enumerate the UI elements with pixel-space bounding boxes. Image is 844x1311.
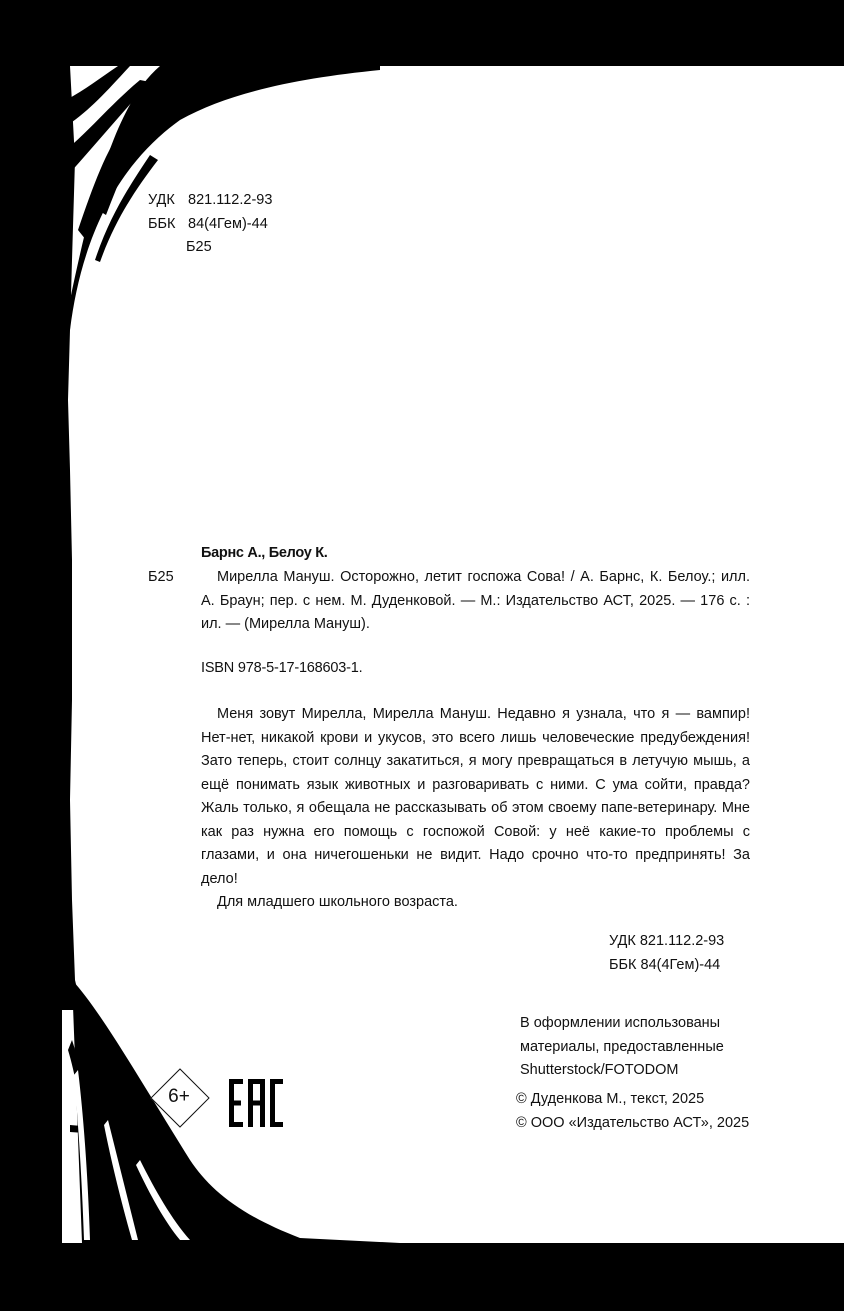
author-mark-top: Б25 — [148, 236, 272, 260]
classification-block-top: УДК 821.112.2-93 ББК 84(4Гем)-44 Б25 — [148, 189, 272, 260]
credits-line-1: В оформлении использованы — [520, 1012, 724, 1036]
eac-certification-icon — [229, 1079, 283, 1127]
bbk-bottom: ББК 84(4Гем)-44 — [609, 954, 724, 978]
udk-label: УДК — [148, 189, 184, 213]
copyright-block: © Дуденкова М., текст, 2025 © ООО «Издат… — [516, 1088, 749, 1135]
record-description-text: Мирелла Мануш. Осторожно, летит госпожа … — [201, 566, 750, 637]
annotation-text: Меня зовут Мирелла, Мирелла Мануш. Недав… — [201, 703, 750, 891]
age-rating-badge: 6+ — [148, 1066, 210, 1128]
audience-note: Для младшего школьного возраста. — [201, 891, 750, 915]
record-author-mark: Б25 — [148, 566, 174, 590]
record-authors: Барнс А., Белоу К. — [201, 542, 328, 566]
bbk-label: ББК — [148, 213, 184, 237]
credits-line-3: Shutterstock/FOTODOM — [520, 1059, 724, 1083]
age-rating-text: 6+ — [148, 1066, 210, 1128]
bbk-value: 84(4Гем)-44 — [188, 216, 268, 232]
copyright-text: © Дуденкова М., текст, 2025 — [516, 1088, 749, 1112]
udk-value: 821.112.2-93 — [188, 192, 272, 208]
classification-block-bottom: УДК 821.112.2-93 ББК 84(4Гем)-44 — [609, 930, 724, 977]
udk-bottom: УДК 821.112.2-93 — [609, 930, 724, 954]
record-description: Мирелла Мануш. Осторожно, летит госпожа … — [201, 566, 750, 637]
copyright-publisher: © ООО «Издательство АСТ», 2025 — [516, 1112, 749, 1136]
image-credits: В оформлении использованы материалы, пре… — [520, 1012, 724, 1083]
isbn: ISBN 978-5-17-168603-1. — [201, 657, 362, 681]
credits-line-2: материалы, предоставленные — [520, 1036, 724, 1060]
annotation: Меня зовут Мирелла, Мирелла Мануш. Недав… — [201, 703, 750, 915]
